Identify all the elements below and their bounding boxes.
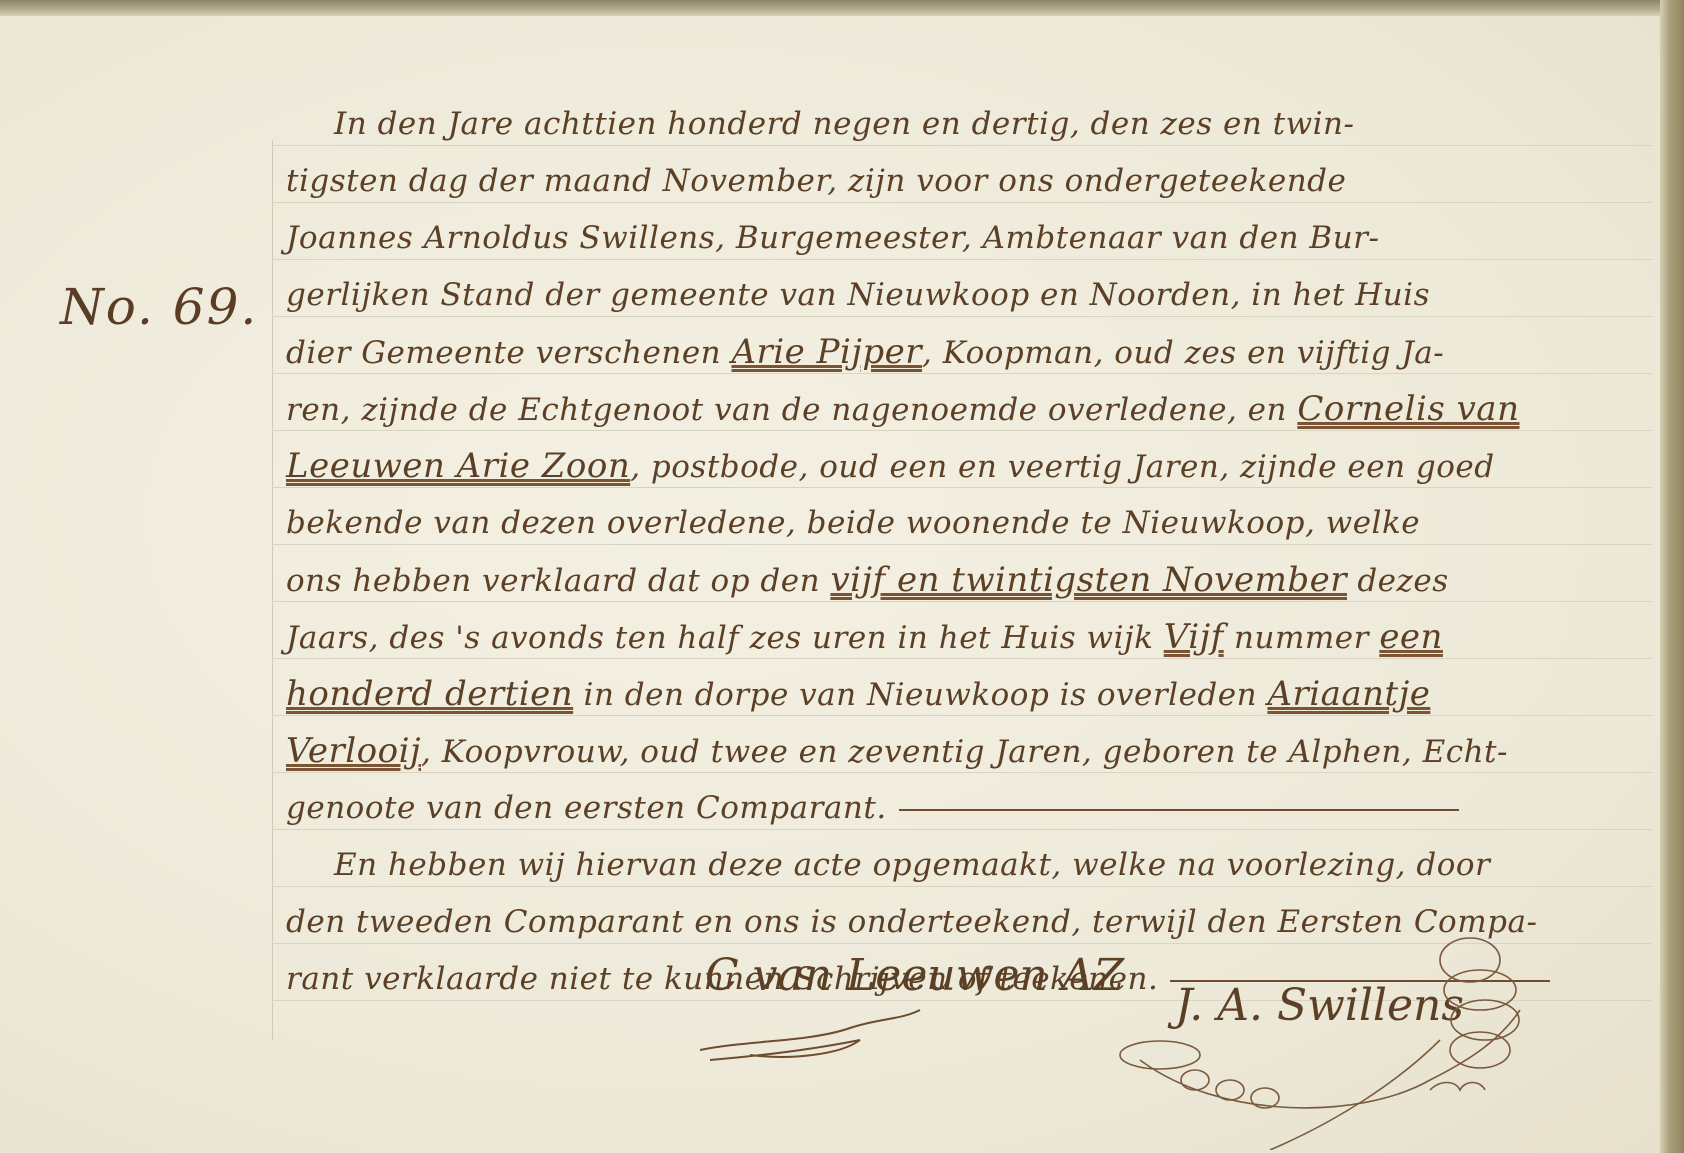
record-line: In den Jare achttien honderd negen en de… (286, 96, 1656, 153)
line-text: Joannes Arnoldus Swillens, Burgemeester,… (286, 220, 1379, 256)
margin-rule (272, 140, 273, 1040)
record-line: En hebben wij hiervan deze acte opgemaak… (286, 837, 1656, 894)
line-text: in den dorpe van Nieuwkoop is overleden (573, 677, 1267, 713)
line-text: tigsten dag der maand November, zijn voo… (286, 163, 1346, 199)
document-page: No. 69. In den Jare achttien honderd neg… (0, 0, 1684, 1153)
record-text: In den Jare achttien honderd negen en de… (286, 96, 1656, 1008)
signature-flourish-right (1100, 920, 1570, 1150)
record-line: honderd dertien in den dorpe van Nieuwko… (286, 666, 1656, 723)
record-line: bekende van dezen overledene, beide woon… (286, 495, 1656, 552)
underlined-name: Cornelis van (1297, 389, 1519, 429)
line-text: , postbode, oud een en veertig Jaren, zi… (630, 449, 1494, 485)
line-filler-dash (899, 809, 1459, 811)
line-text: ons hebben verklaard dat op den (286, 563, 830, 599)
entry-number: No. 69. (60, 278, 258, 336)
book-binding-edge (1660, 0, 1684, 1153)
line-text: Jaars, des 's avonds ten half zes uren i… (286, 620, 1164, 656)
line-text: nummer (1224, 620, 1380, 656)
underlined-name: een (1379, 617, 1443, 657)
record-line: Jaars, des 's avonds ten half zes uren i… (286, 609, 1656, 666)
record-line: Verlooij, Koopvrouw, oud twee en zeventi… (286, 723, 1656, 780)
line-text: ren, zijnde de Echtgenoot van de nagenoe… (286, 392, 1297, 428)
underlined-name: Arie Pijper (732, 332, 923, 372)
line-text: bekende van dezen overledene, beide woon… (286, 505, 1420, 541)
line-text: genoote van den eersten Comparant. (286, 790, 887, 826)
underlined-name: honderd dertien (286, 674, 573, 714)
record-line: ons hebben verklaard dat op den vijf en … (286, 552, 1656, 609)
underlined-name: Leeuwen Arie Zoon (286, 446, 630, 486)
underlined-name: Ariaantje (1267, 674, 1430, 714)
record-line: ren, zijnde de Echtgenoot van de nagenoe… (286, 381, 1656, 438)
underlined-name: Verlooij (286, 731, 421, 771)
record-line: Leeuwen Arie Zoon, postbode, oud een en … (286, 438, 1656, 495)
underlined-name: Vijf (1164, 617, 1224, 657)
signature-witness: C van Leeuwen AZ (705, 950, 1124, 1001)
line-text: dezes (1347, 563, 1449, 599)
line-text: dier Gemeente verschenen (286, 335, 732, 371)
record-line: gerlijken Stand der gemeente van Nieuwko… (286, 267, 1656, 324)
page-top-edge (0, 0, 1684, 16)
line-text: gerlijken Stand der gemeente van Nieuwko… (286, 277, 1430, 313)
signature-flourish-left (690, 1000, 950, 1070)
line-text: , Koopman, oud zes en vijftig Ja- (922, 335, 1444, 371)
record-line: tigsten dag der maand November, zijn voo… (286, 153, 1656, 210)
line-text: , Koopvrouw, oud twee en zeventig Jaren,… (421, 734, 1508, 770)
record-line: dier Gemeente verschenen Arie Pijper, Ko… (286, 324, 1656, 381)
underlined-name: vijf en twintigsten November (830, 560, 1347, 600)
record-line: genoote van den eersten Comparant. (286, 780, 1656, 837)
record-line: Joannes Arnoldus Swillens, Burgemeester,… (286, 210, 1656, 267)
line-text: In den Jare achttien honderd negen en de… (334, 106, 1355, 142)
line-text: En hebben wij hiervan deze acte opgemaak… (334, 847, 1490, 883)
